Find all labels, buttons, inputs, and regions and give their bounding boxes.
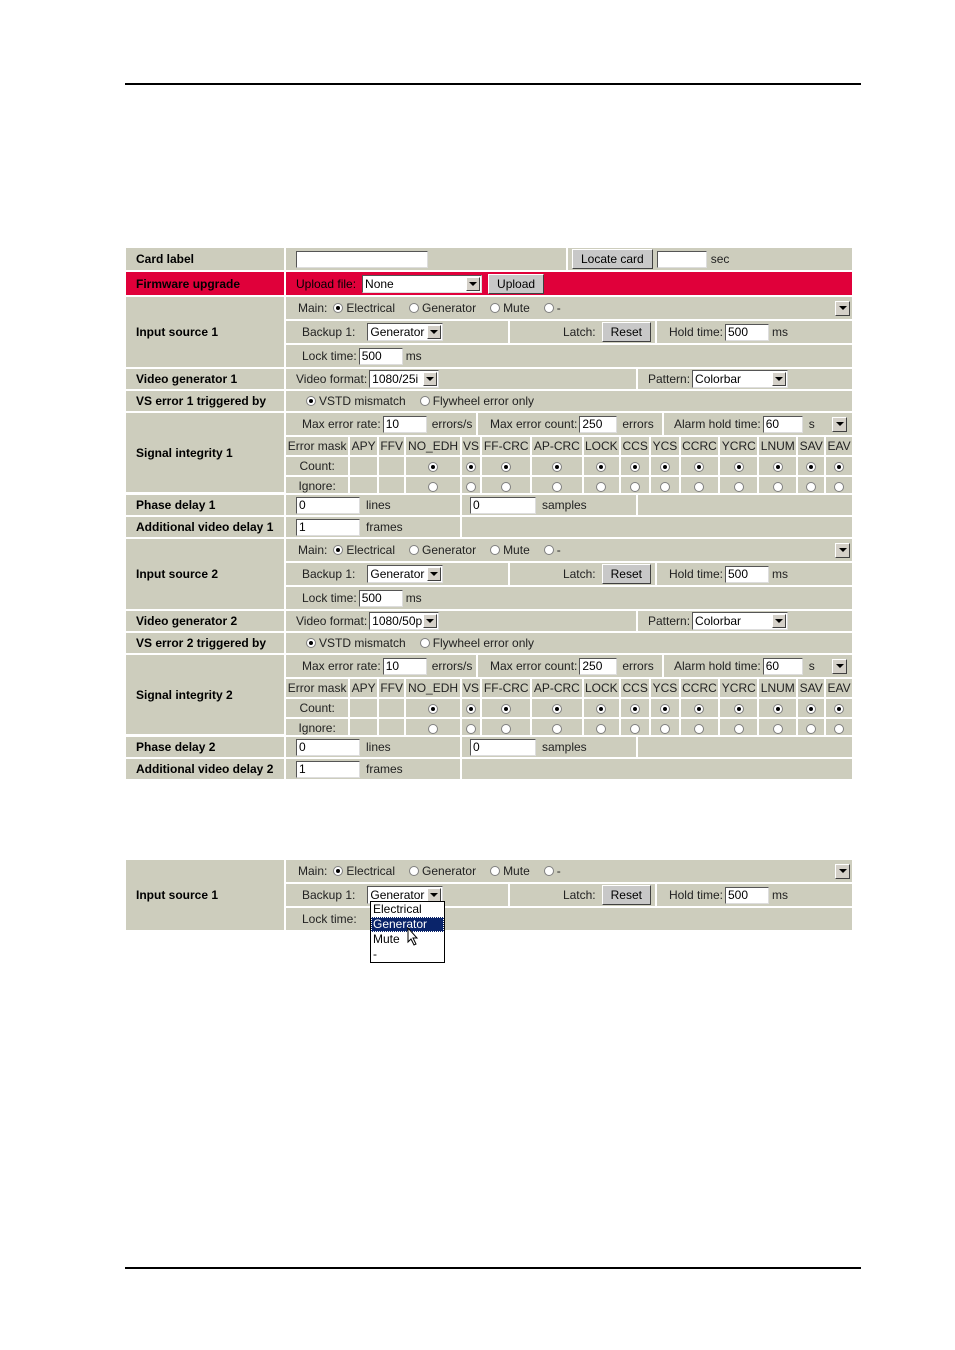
main-option-generator[interactable]: Generator: [409, 301, 476, 315]
video-format-select[interactable]: 1080/50p: [369, 612, 439, 630]
ignore-cell: [349, 476, 378, 495]
hold-time-input[interactable]: [725, 324, 769, 341]
radio-icon[interactable]: [544, 866, 554, 876]
radio-icon[interactable]: [420, 396, 430, 406]
upload-file-select-value: None: [365, 277, 466, 291]
hold-time-unit: ms: [772, 567, 788, 581]
count-ycrc-radio[interactable]: [734, 462, 744, 472]
collapse-toggle-icon[interactable]: [832, 417, 847, 432]
ignore-cell: [481, 476, 531, 495]
frames-input[interactable]: [296, 519, 360, 536]
radio-icon[interactable]: [306, 396, 316, 406]
divider: [636, 495, 638, 515]
backup-label: Backup 1:: [302, 325, 355, 339]
count-ap-crc-radio[interactable]: [552, 704, 562, 714]
ignore-ccs-radio[interactable]: [630, 482, 640, 492]
input-source-heading: Input source 1: [126, 297, 284, 367]
collapse-toggle-icon[interactable]: [835, 301, 850, 316]
video-format-select-value: 1080/50p: [372, 614, 423, 628]
radio-icon[interactable]: [409, 866, 419, 876]
radio-label: -: [557, 301, 561, 315]
main-option-generator[interactable]: Generator: [409, 543, 476, 557]
divider: [636, 737, 638, 757]
pattern-select[interactable]: Colorbar: [692, 612, 788, 630]
ignore-vs-radio[interactable]: [466, 724, 476, 734]
chevron-down-icon[interactable]: [772, 614, 786, 628]
count-cell: [349, 456, 378, 476]
lock-time-label: Lock time:: [302, 912, 357, 926]
error-column-ycs: YCS: [650, 437, 679, 456]
settings-row: Video generator 1Video format:1080/25iPa…: [126, 369, 852, 389]
count-cell: [405, 698, 460, 718]
ignore-ccrc-radio[interactable]: [694, 482, 704, 492]
hold-time-label: Hold time:: [669, 325, 723, 339]
count-cell: [825, 456, 852, 476]
samples-unit: samples: [542, 498, 587, 512]
radio-icon[interactable]: [333, 866, 343, 876]
error-column-ycs: YCS: [650, 679, 679, 698]
ignore-cell: [758, 718, 797, 737]
lock-time-label: Lock time:: [302, 349, 357, 363]
ignore-ycs-radio[interactable]: [660, 482, 670, 492]
vs-option-1[interactable]: Flywheel error only: [420, 394, 534, 408]
count-cell: [719, 698, 758, 718]
samples-unit: samples: [542, 740, 587, 754]
main-option-none[interactable]: -: [544, 864, 561, 878]
signal-integrity-heading: Signal integrity 1: [126, 413, 284, 492]
count-cell: [583, 698, 621, 718]
frames-unit: frames: [366, 762, 403, 776]
count-cell: [620, 698, 650, 718]
video-format-select[interactable]: 1080/25i: [369, 370, 439, 388]
count-sav-radio[interactable]: [806, 462, 816, 472]
ignore-no_edh-radio[interactable]: [428, 724, 438, 734]
pattern-select-value: Colorbar: [695, 614, 772, 628]
ignore-cell: [461, 476, 482, 495]
card-label-heading: Card label: [126, 248, 284, 270]
ignore-cell: [825, 718, 852, 737]
count-ycs-radio[interactable]: [660, 704, 670, 714]
radio-icon[interactable]: [333, 545, 343, 555]
count-row-label: Count:: [286, 698, 349, 718]
hold-time-label: Hold time:: [669, 888, 723, 902]
alarm-hold-input[interactable]: [763, 416, 803, 433]
lock-time-label: Lock time:: [302, 591, 357, 605]
error-column-eav: EAV: [825, 679, 852, 698]
count-vs-radio[interactable]: [466, 704, 476, 714]
lock-time-input[interactable]: [359, 590, 403, 607]
latch-label: Latch:: [563, 888, 596, 902]
samples-input[interactable]: [470, 497, 536, 514]
count-ccs-radio[interactable]: [630, 704, 640, 714]
frames-unit: frames: [366, 520, 403, 534]
alarm-unit: s: [809, 659, 815, 673]
video-generator-heading: Video generator 1: [126, 369, 284, 389]
ignore-cell: [583, 718, 621, 737]
error-mask-header: Error mask: [286, 437, 349, 456]
error-column-ffv: FFV: [378, 437, 405, 456]
count-cell: [461, 456, 482, 476]
count-sav-radio[interactable]: [806, 704, 816, 714]
settings-row: Input source 1Main:ElectricalGeneratorMu…: [126, 860, 852, 930]
radio-label: Mute: [503, 864, 530, 878]
backup-select-value: Generator: [370, 325, 427, 339]
radio-icon[interactable]: [544, 303, 554, 313]
ignore-ccs-radio[interactable]: [630, 724, 640, 734]
count-cell: [405, 456, 460, 476]
count-lock-radio[interactable]: [596, 462, 606, 472]
main-option-electrical[interactable]: Electrical: [333, 543, 395, 557]
lines-unit: lines: [366, 498, 391, 512]
error-column-ccrc: CCRC: [680, 679, 720, 698]
count-cell: [378, 698, 405, 718]
footer-rule: [125, 1267, 861, 1269]
count-cell: [797, 698, 825, 718]
signal-integrity-heading: Signal integrity 2: [126, 655, 284, 734]
ignore-lock-radio[interactable]: [596, 724, 606, 734]
chevron-down-icon[interactable]: [772, 372, 786, 386]
chevron-down-icon[interactable]: [423, 372, 437, 386]
additional-delay-heading: Additional video delay 1: [126, 517, 284, 537]
ignore-vs-radio[interactable]: [466, 482, 476, 492]
rate-unit: errors/s: [432, 417, 473, 431]
dropdown-option[interactable]: Electrical: [371, 902, 444, 917]
error-column-ycrc: YCRC: [719, 437, 758, 456]
count-eav-radio[interactable]: [834, 462, 844, 472]
ignore-cell: [405, 476, 460, 495]
radio-label: Generator: [422, 864, 476, 878]
hold-time-input[interactable]: [725, 566, 769, 583]
settings-row: Input source 2Main:ElectricalGeneratorMu…: [126, 539, 852, 609]
count-cell: [481, 456, 531, 476]
error-column-no_edh: NO_EDH: [405, 679, 460, 698]
ignore-cell: [620, 718, 650, 737]
ignore-cell: [349, 718, 378, 737]
collapse-toggle-icon[interactable]: [832, 659, 847, 674]
main-option-mute[interactable]: Mute: [490, 543, 530, 557]
radio-label: Electrical: [346, 864, 395, 878]
ignore-ap-crc-radio[interactable]: [552, 482, 562, 492]
input-source-heading: Input source 1: [126, 860, 284, 930]
max-error-rate-label: Max error rate:: [302, 417, 381, 431]
radio-label: Flywheel error only: [433, 394, 534, 408]
chevron-down-icon[interactable]: [466, 277, 480, 291]
upload-file-label: Upload file:: [296, 277, 356, 291]
error-column-apy: APY: [349, 437, 378, 456]
count-ap-crc-radio[interactable]: [552, 462, 562, 472]
additional-delay-heading: Additional video delay 2: [126, 759, 284, 779]
reset-button[interactable]: Reset: [602, 322, 651, 342]
ignore-cell: [797, 718, 825, 737]
count-no_edh-radio[interactable]: [428, 462, 438, 472]
ignore-ff-crc-radio[interactable]: [501, 482, 511, 492]
radio-label: Mute: [503, 301, 530, 315]
dropdown-option[interactable]: -: [371, 947, 444, 962]
hold-time-input[interactable]: [725, 887, 769, 904]
ignore-eav-radio[interactable]: [834, 482, 844, 492]
chevron-down-icon[interactable]: [427, 325, 441, 339]
ignore-cell: [531, 718, 582, 737]
main-option-generator[interactable]: Generator: [409, 864, 476, 878]
collapse-toggle-icon[interactable]: [835, 543, 850, 558]
divider: [460, 517, 462, 537]
count-cell: [650, 456, 679, 476]
error-column-ffv: FFV: [378, 679, 405, 698]
count-cell: [531, 456, 582, 476]
ignore-ycs-radio[interactable]: [660, 724, 670, 734]
settings-row: VS error 2 triggered byVSTD mismatchFlyw…: [126, 633, 852, 653]
ignore-cell: [531, 476, 582, 495]
count-cell: [378, 456, 405, 476]
hold-time-unit: ms: [772, 325, 788, 339]
ignore-cell: [797, 476, 825, 495]
settings-row: Input source 1Main:ElectricalGeneratorMu…: [126, 297, 852, 367]
ignore-sav-radio[interactable]: [806, 724, 816, 734]
count-lock-radio[interactable]: [596, 704, 606, 714]
error-mask-table: Error maskAPYFFVNO_EDHVSFF-CRCAP-CRCLOCK…: [286, 679, 852, 737]
ignore-ff-crc-radio[interactable]: [501, 724, 511, 734]
count-cell: [583, 456, 621, 476]
vs-option-1[interactable]: Flywheel error only: [420, 636, 534, 650]
vs-option-0[interactable]: VSTD mismatch: [306, 394, 406, 408]
settings-row: Additional video delay 1frames: [126, 517, 852, 537]
ignore-cell: [620, 476, 650, 495]
error-column-lock: LOCK: [583, 437, 621, 456]
count-cell: [680, 456, 720, 476]
video-format-label: Video format:: [296, 614, 367, 628]
vs-error-heading: VS error 1 triggered by: [126, 391, 284, 411]
ignore-cell: [758, 476, 797, 495]
radio-label: Generator: [422, 301, 476, 315]
error-column-lock: LOCK: [583, 679, 621, 698]
firmware-upgrade-heading: Firmware upgrade: [126, 272, 284, 295]
frames-input[interactable]: [296, 761, 360, 778]
radio-label: -: [557, 864, 561, 878]
settings-row: Firmware upgradeUpload file:NoneUpload: [126, 272, 852, 295]
count-cell: [461, 698, 482, 718]
count-cell: [680, 698, 720, 718]
ignore-ycrc-radio[interactable]: [734, 482, 744, 492]
main-option-mute[interactable]: Mute: [490, 301, 530, 315]
pattern-select[interactable]: Colorbar: [692, 370, 788, 388]
ignore-row-label: Ignore:: [286, 718, 349, 737]
vs-error-heading: VS error 2 triggered by: [126, 633, 284, 653]
locate-card-button[interactable]: Locate card: [572, 249, 653, 269]
error-column-vs: VS: [461, 437, 482, 456]
ignore-cell: [719, 476, 758, 495]
max-error-count-label: Max error count:: [490, 417, 577, 431]
error-column-ccs: CCS: [620, 437, 650, 456]
ignore-cell: [378, 718, 405, 737]
ignore-cell: [481, 718, 531, 737]
count-eav-radio[interactable]: [834, 704, 844, 714]
count-lnum-radio[interactable]: [773, 462, 783, 472]
upload-file-select[interactable]: None: [362, 275, 482, 293]
max-error-count-label: Max error count:: [490, 659, 577, 673]
ignore-cell: [461, 718, 482, 737]
ignore-no_edh-radio[interactable]: [428, 482, 438, 492]
error-column-vs: VS: [461, 679, 482, 698]
count-ycrc-radio[interactable]: [734, 704, 744, 714]
main-option-none[interactable]: -: [544, 301, 561, 315]
ignore-cell: [825, 476, 852, 495]
count-unit: errors: [622, 417, 653, 431]
rate-unit: errors/s: [432, 659, 473, 673]
ignore-cell: [650, 476, 679, 495]
count-ycs-radio[interactable]: [660, 462, 670, 472]
samples-input[interactable]: [470, 739, 536, 756]
count-cell: [481, 698, 531, 718]
lock-time-unit: ms: [406, 349, 422, 363]
ignore-cell: [680, 476, 720, 495]
main-label: Main:: [298, 543, 327, 557]
radio-icon[interactable]: [490, 303, 500, 313]
hold-time-unit: ms: [772, 888, 788, 902]
count-cell: [349, 698, 378, 718]
max-error-rate-input[interactable]: [383, 416, 427, 433]
backup-select[interactable]: Generator: [367, 323, 443, 341]
count-cell: [758, 456, 797, 476]
count-row-label: Count:: [286, 456, 349, 476]
settings-row: Phase delay 2linessamples: [126, 737, 852, 757]
count-ff-crc-radio[interactable]: [501, 462, 511, 472]
ignore-cell: [378, 476, 405, 495]
ignore-eav-radio[interactable]: [834, 724, 844, 734]
radio-label: Electrical: [346, 301, 395, 315]
error-column-ap-crc: AP-CRC: [531, 679, 582, 698]
main-option-electrical[interactable]: Electrical: [333, 864, 395, 878]
video-format-select-value: 1080/25i: [372, 372, 423, 386]
radio-icon[interactable]: [409, 303, 419, 313]
video-generator-heading: Video generator 2: [126, 611, 284, 631]
reset-button[interactable]: Reset: [602, 564, 651, 584]
ignore-cell: [583, 476, 621, 495]
radio-label: VSTD mismatch: [319, 394, 406, 408]
count-no_edh-radio[interactable]: [428, 704, 438, 714]
backup-select-value: Generator: [370, 567, 427, 581]
ignore-ycrc-radio[interactable]: [734, 724, 744, 734]
lines-unit: lines: [366, 740, 391, 754]
pattern-select-value: Colorbar: [695, 372, 772, 386]
divider: [460, 759, 462, 779]
settings-row: Additional video delay 2frames: [126, 759, 852, 779]
settings-row: Video generator 2Video format:1080/50pPa…: [126, 611, 852, 631]
ignore-lnum-radio[interactable]: [773, 724, 783, 734]
backup-select[interactable]: Generator: [367, 565, 443, 583]
header-rule: [125, 83, 861, 85]
error-column-sav: SAV: [797, 679, 825, 698]
chevron-down-icon[interactable]: [427, 888, 441, 902]
radio-label: Flywheel error only: [433, 636, 534, 650]
count-cell: [825, 698, 852, 718]
max-error-count-input[interactable]: [579, 658, 617, 675]
count-vs-radio[interactable]: [466, 462, 476, 472]
count-cell: [620, 456, 650, 476]
latch-label: Latch:: [563, 325, 596, 339]
count-cell: [531, 698, 582, 718]
count-cell: [650, 698, 679, 718]
phase-delay-heading: Phase delay 1: [126, 495, 284, 515]
error-column-eav: EAV: [825, 437, 852, 456]
error-column-sav: SAV: [797, 437, 825, 456]
count-ccrc-radio[interactable]: [694, 704, 704, 714]
lines-input[interactable]: [296, 497, 360, 514]
count-unit: errors: [622, 659, 653, 673]
radio-icon[interactable]: [490, 866, 500, 876]
error-column-ff-crc: FF-CRC: [481, 437, 531, 456]
count-ccs-radio[interactable]: [630, 462, 640, 472]
radio-label: Mute: [503, 543, 530, 557]
alarm-hold-input[interactable]: [763, 658, 803, 675]
count-ccrc-radio[interactable]: [694, 462, 704, 472]
error-mask-header: Error mask: [286, 679, 349, 698]
ignore-cell: [405, 718, 460, 737]
ignore-cell: [650, 718, 679, 737]
radio-icon[interactable]: [306, 638, 316, 648]
card-label-input[interactable]: [296, 251, 428, 268]
upload-button[interactable]: Upload: [488, 274, 544, 294]
collapse-toggle-icon[interactable]: [835, 864, 850, 879]
ignore-lock-radio[interactable]: [596, 482, 606, 492]
example-panel: Input source 1Main:ElectricalGeneratorMu…: [126, 860, 852, 932]
input-source-heading: Input source 2: [126, 539, 284, 609]
main-option-mute[interactable]: Mute: [490, 864, 530, 878]
error-column-lnum: LNUM: [758, 437, 797, 456]
ignore-ccrc-radio[interactable]: [694, 724, 704, 734]
mouse-cursor-icon: [407, 927, 421, 947]
radio-icon[interactable]: [333, 303, 343, 313]
main-option-none[interactable]: -: [544, 543, 561, 557]
main-option-electrical[interactable]: Electrical: [333, 301, 395, 315]
reset-button[interactable]: Reset: [602, 885, 651, 905]
error-column-ccrc: CCRC: [680, 437, 720, 456]
radio-icon[interactable]: [409, 545, 419, 555]
count-ff-crc-radio[interactable]: [501, 704, 511, 714]
ignore-lnum-radio[interactable]: [773, 482, 783, 492]
radio-icon[interactable]: [420, 638, 430, 648]
lines-input[interactable]: [296, 739, 360, 756]
radio-icon[interactable]: [490, 545, 500, 555]
latch-label: Latch:: [563, 567, 596, 581]
backup-label: Backup 1:: [302, 888, 355, 902]
main-label: Main:: [298, 301, 327, 315]
locate-seconds-input[interactable]: [657, 251, 707, 268]
ignore-sav-radio[interactable]: [806, 482, 816, 492]
count-lnum-radio[interactable]: [773, 704, 783, 714]
settings-row: VS error 1 triggered byVSTD mismatchFlyw…: [126, 391, 852, 411]
max-error-count-input[interactable]: [579, 416, 617, 433]
chevron-down-icon[interactable]: [427, 567, 441, 581]
settings-row: Phase delay 1linessamples: [126, 495, 852, 515]
settings-panel: Card labelLocate cardsecFirmware upgrade…: [126, 248, 852, 781]
radio-label: VSTD mismatch: [319, 636, 406, 650]
alarm-hold-label: Alarm hold time:: [674, 659, 761, 673]
error-column-ccs: CCS: [620, 679, 650, 698]
count-cell: [719, 456, 758, 476]
error-mask-table: Error maskAPYFFVNO_EDHVSFF-CRCAP-CRCLOCK…: [286, 437, 852, 495]
radio-label: Generator: [422, 543, 476, 557]
vs-option-0[interactable]: VSTD mismatch: [306, 636, 406, 650]
ignore-cell: [719, 718, 758, 737]
ignore-ap-crc-radio[interactable]: [552, 724, 562, 734]
error-column-ap-crc: AP-CRC: [531, 437, 582, 456]
lock-time-input[interactable]: [359, 348, 403, 365]
radio-icon[interactable]: [544, 545, 554, 555]
max-error-rate-input[interactable]: [383, 658, 427, 675]
alarm-unit: s: [809, 417, 815, 431]
alarm-hold-label: Alarm hold time:: [674, 417, 761, 431]
chevron-down-icon[interactable]: [423, 614, 437, 628]
